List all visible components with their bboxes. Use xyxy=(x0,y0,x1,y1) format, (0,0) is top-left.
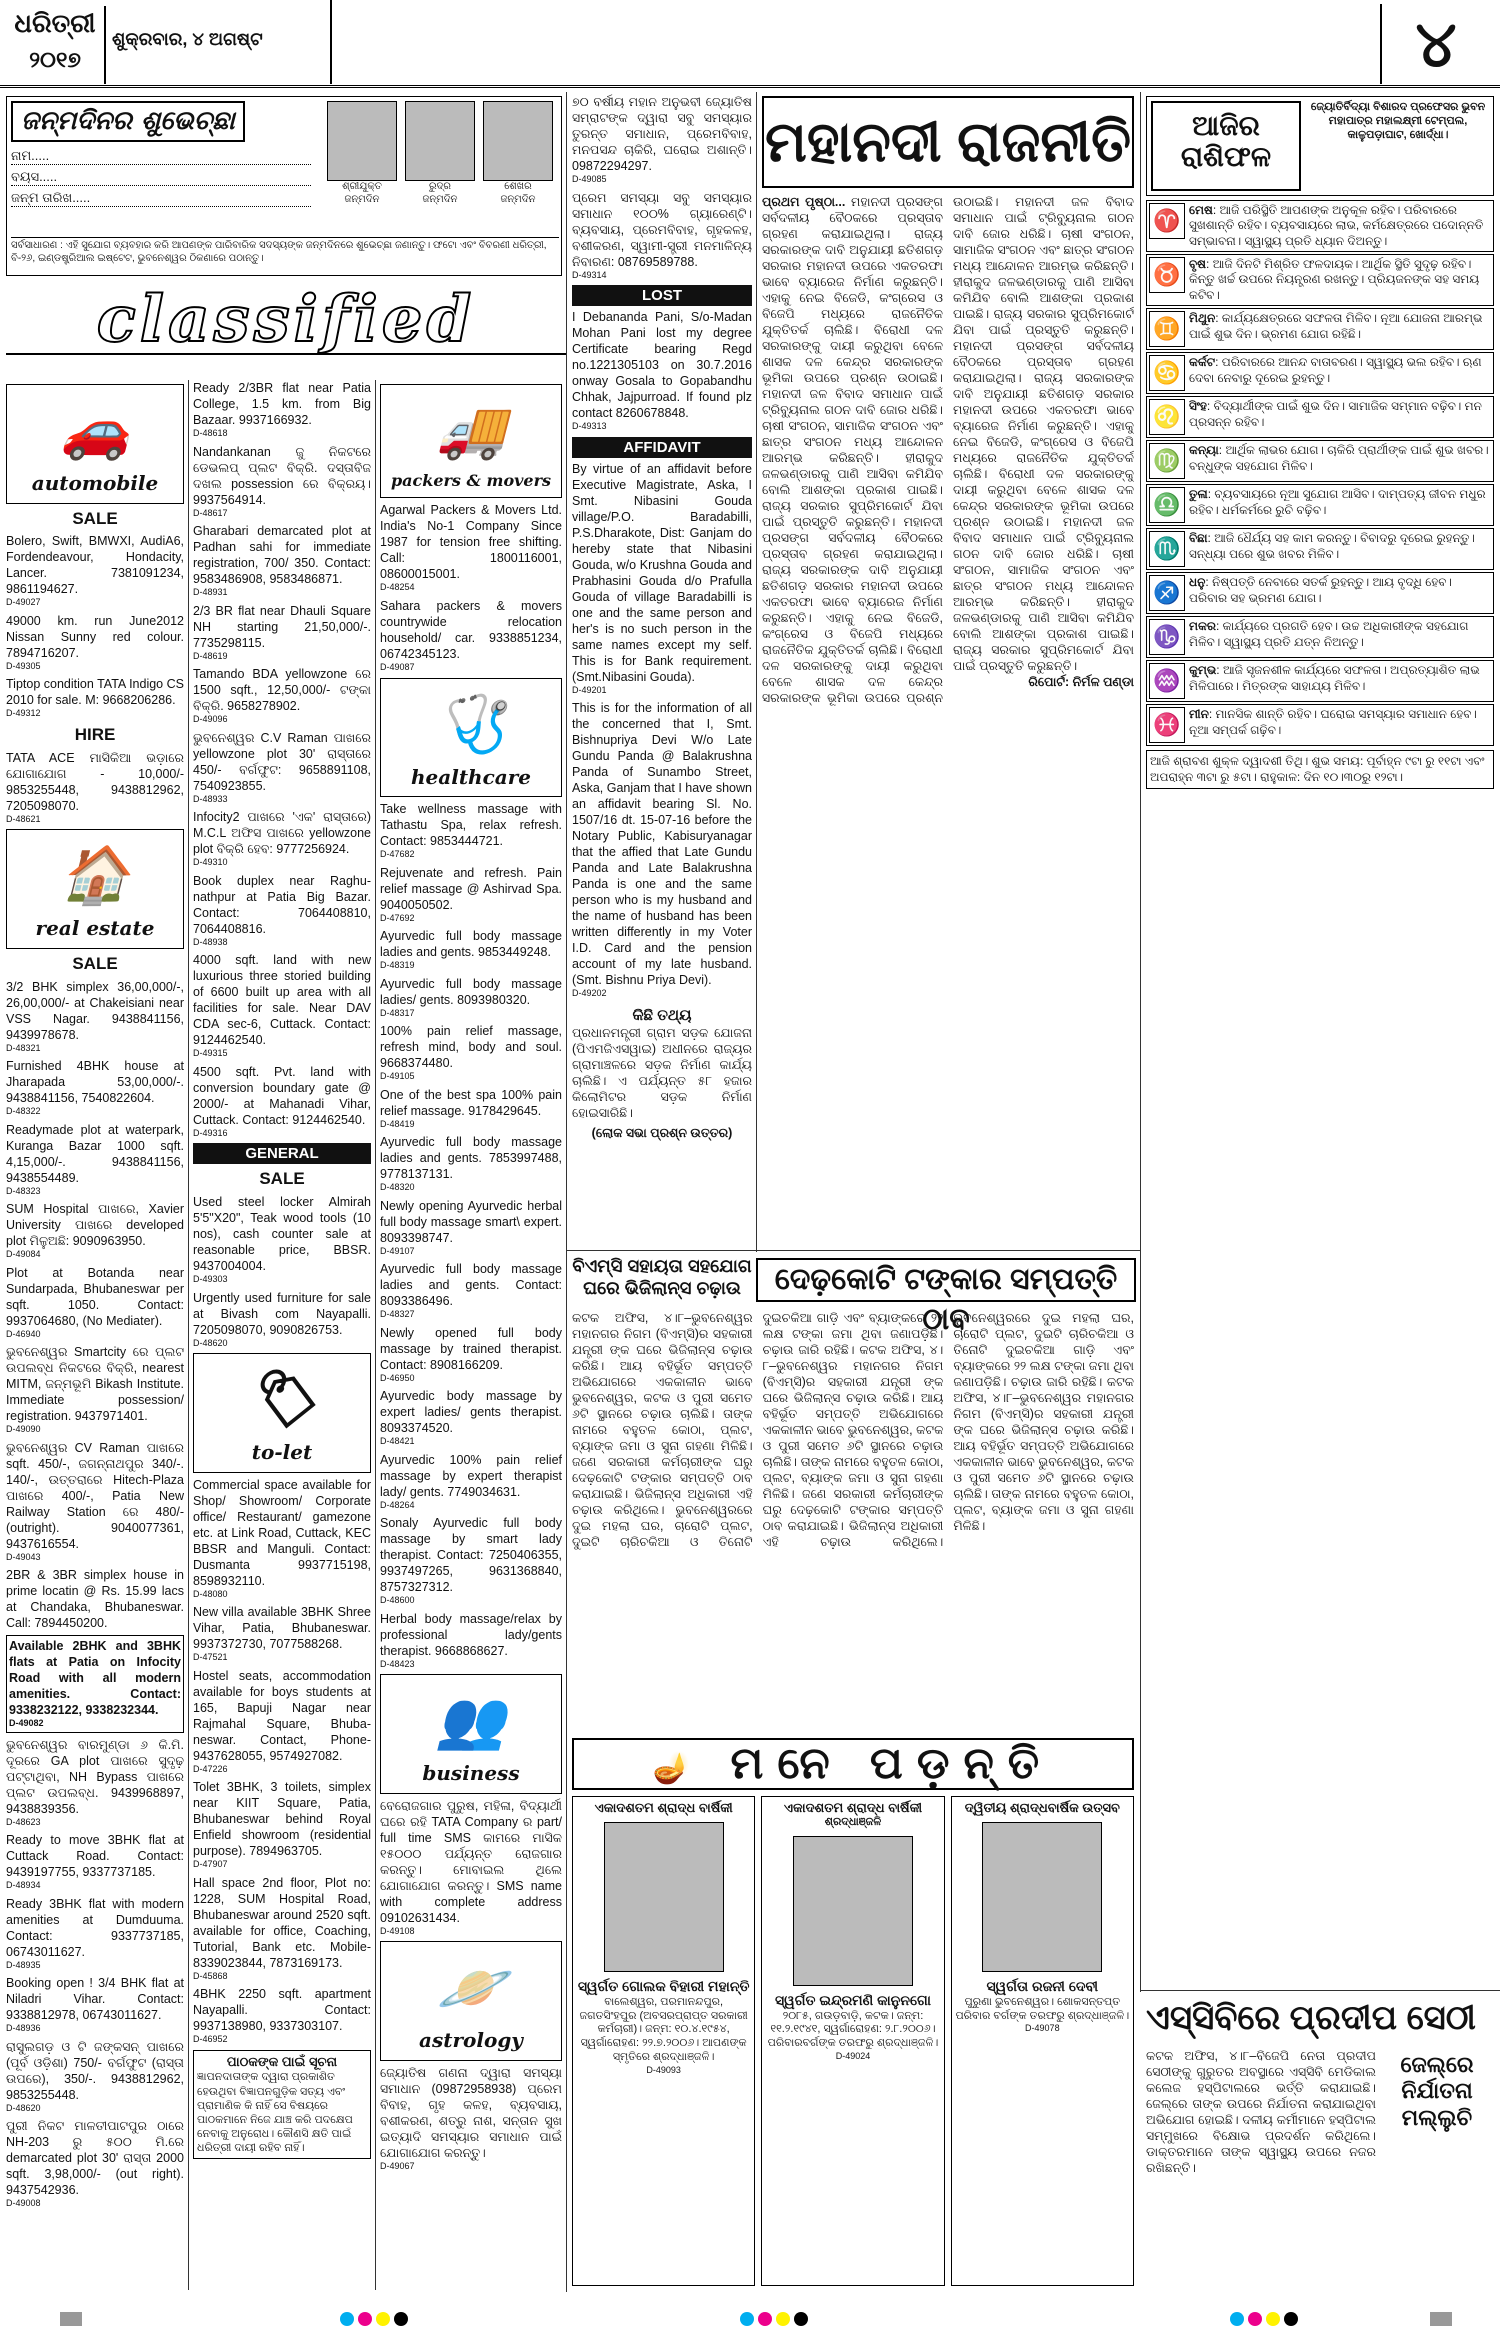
category-automobile: 🚗 automobile xyxy=(6,384,184,504)
obituary-detail: ବାଲେଶ୍ୱର, ପରମାନନ୍ଦପୁର, ଜଗତସିଂହପୁର (ଅବସରପ… xyxy=(576,1996,751,2065)
masthead: ଧରିତ୍ରୀ ୨୦୧୭ ଶୁକ୍ରବାର, ୪ ଅଗଷ୍ଟ ୪ xyxy=(0,0,1500,88)
classified-ad: ରାସୁଲଗଡ଼ ଓ ଟି ଜଙ୍କସନ୍ ପାଖରେ (ପୂର୍ବ ଓଡ଼ିଶ… xyxy=(6,2039,184,2115)
horoscope-header: ଆଜିର ରାଶିଫଳ ଜ୍ୟୋତିର୍ବିଦ୍ୟା ବିଶାରଦ ପ୍ରଫେସ… xyxy=(1146,96,1494,196)
gray-swatch xyxy=(60,2312,82,2326)
classified-ad: Commercial space available for Shop/ Sho… xyxy=(193,1477,371,1601)
classified-ad: One of the best spa 100% pain relief mas… xyxy=(380,1087,562,1131)
column-rule xyxy=(756,92,757,1252)
sign-text: ଆଜି ଦିନଟି ମିଶ୍ରିତ ଫଳଦାୟକ। ଆର୍ଥିକ ସ୍ଥିତି … xyxy=(1189,257,1479,302)
section-header-lost: LOST xyxy=(572,285,752,306)
classified-ad: Ayurvedic full body massage ladies/ gent… xyxy=(380,976,562,1020)
column-rule xyxy=(188,380,189,2290)
classified-ad: ଜ୍ୟୋତିଷ ଗଣନା ଦ୍ୱାରା ସମସ୍ୟା ସମାଧାନ (09872… xyxy=(380,2065,562,2173)
sign-name: କନ୍ୟା xyxy=(1189,443,1219,457)
category-packers-movers: 🚚 packers & movers xyxy=(380,384,562,498)
obituary-occasion: ଏକାଦଶତମ ଶ୍ରାଦ୍ଧ ବାର୍ଷିକୀ xyxy=(576,1800,751,1816)
classified-column-2: Ready 2/3BR flat near Patia College, 1.5… xyxy=(193,380,371,2290)
obituary-name: ସ୍ୱର୍ଗତ ଇନ୍ଦ୍ରମଣି କାନୁନଗୋ xyxy=(765,1992,940,2010)
category-real-estate: 🏠 real estate xyxy=(6,829,184,949)
astrologer-credit: ଜ୍ୟୋତିର୍ବିଦ୍ୟା ବିଶାରଦ ପ୍ରଫେସର ଭୁବନ ମହାପା… xyxy=(1307,101,1489,191)
crab-icon: ♋ xyxy=(1149,355,1185,391)
birthday-note: ସର୍ବସାଧାରଣ : ଏହି ସୁଯୋଗ ବ୍ୟବହାର କରି ଆପଣଙ୍… xyxy=(11,237,559,265)
obituary-card: ଦ୍ୱିତୀୟ ଶ୍ରାଦ୍ଧବାର୍ଷିକ ଉତ୍ସବ ସ୍ୱର୍ଗତା ରଜ… xyxy=(951,1796,1134,2286)
black-dot xyxy=(794,2312,808,2326)
ad-code: D-49093 xyxy=(576,2065,751,2076)
column-rule xyxy=(566,92,567,2292)
title-line: ରାଶିଫଳ xyxy=(1153,142,1299,173)
obituary-card: ଏକାଦଶତମ ଶ୍ରାଦ୍ଧ ବାର୍ଷିକୀ ସ୍ୱର୍ଗତ ଗୋଲକ ବି… xyxy=(572,1796,755,2286)
category-label: real estate xyxy=(9,916,181,942)
date-line: ଶୁକ୍ରବାର, ୪ ଅଗଷ୍ଟ xyxy=(112,28,263,51)
sign-text: ଆଜି ପରିସ୍ଥିତି ଆପଣଙ୍କ ଅନୁକୂଳ ରହିବ। ପରିବାର… xyxy=(1189,203,1483,248)
category-label: healthcare xyxy=(383,765,559,791)
yellow-dot xyxy=(376,2312,390,2326)
story3-headline: ଦେଢ଼କୋଟି ଟଙ୍କାର ସମ୍ପତ୍ତି ଠାବ xyxy=(756,1258,1136,1302)
category-label: automobile xyxy=(9,471,181,497)
classified-ad: Ayurvedic full body massage ladies and g… xyxy=(380,928,562,972)
classified-ad: Newly opening Ayurvedic herbal full body… xyxy=(380,1198,562,1258)
obituary-banner: 🪔 ମନେ ପଡ଼ନ୍ତି xyxy=(572,1738,1134,1790)
birthday-box: ଜନ୍ମଦିନର ଶୁଭେଚ୍ଛା ନାମ..... ବୟସ..... ଜନ୍ମ… xyxy=(6,96,562,276)
classified-ad: Hostel seats, accommodation available fo… xyxy=(193,1668,371,1776)
cmyk-marks xyxy=(340,2304,408,2334)
sign-name: ମୀନ xyxy=(1189,707,1209,721)
sign-name: କର୍କଟ xyxy=(1189,355,1215,369)
child-photo xyxy=(405,101,475,181)
lamp-icon: 🪔 xyxy=(653,1752,704,1785)
classified-ad: Infocity2 ପାଖରେ 'ଏକ' ରାସ୍ତାରେ) M.C.L ଅଫି… xyxy=(193,809,371,869)
sign-name: କୁମ୍ଭ xyxy=(1189,663,1216,677)
classified-ad: ପୁରୀ ନିକଟ ମାଳତୀପାଟପୁର ଠାରେ NH-203 ରୁ ୫୦୦… xyxy=(6,2118,184,2210)
horoscope-sign-sagittarius: ♐ଧନୁ: ନିଷ୍ପତ୍ତି ନେବାରେ ସତର୍କ ରୁହନ୍ତୁ। ଆୟ… xyxy=(1146,572,1494,614)
classified-ad: Tolet 3BHK, 3 toilets, simplex near KIIT… xyxy=(193,1779,371,1871)
story-text: ମହାନଦୀ ପ୍ରସଙ୍ଗ ସର୍ବଦଳୀୟ ବୈଠକରେ ପ୍ରସ୍ତାବ … xyxy=(762,195,943,529)
classified-ad: Ayurvedic full body massage ladies and g… xyxy=(380,1261,562,1321)
subhead-line: ନିର୍ଯାତନା xyxy=(1380,2078,1494,2104)
bull-icon: ♉ xyxy=(1149,257,1185,293)
affidavit-notice: This is for the information of all the c… xyxy=(572,700,752,1000)
obituary-detail: ୨୦୮୫, ଗଉଡ଼ବାଡ଼ି, କଟକ। ଜନ୍ମ: ୧୧.୨.୧୯୪୧, ସ… xyxy=(765,2010,940,2051)
classified-ad: Ready 2/3BR flat near Patia College, 1.5… xyxy=(193,380,371,440)
obituary-occasion: ଦ୍ୱିତୀୟ ଶ୍ରାଦ୍ଧବାର୍ଷିକ ଉତ୍ସବ xyxy=(955,1800,1130,1816)
column-rule xyxy=(1140,92,1141,1992)
classified-ad: 2/3 BR flat near Dhauli Square NH starti… xyxy=(193,603,371,663)
classified-ad: Ready 3BHK flat with modern amenities at… xyxy=(6,1896,184,1972)
black-dot xyxy=(1284,2312,1298,2326)
photo-caption: ରୁଦ୍ର xyxy=(405,181,475,194)
classified-ad: TATA ACE ମାସିକିଆ ଭଡ଼ାରେ ଯୋଗାଯୋଗ - 10,000… xyxy=(6,750,184,826)
age-field: ବୟସ..... xyxy=(11,169,311,186)
classified-ad: Agarwal Packers & Movers Ltd. India's No… xyxy=(380,502,562,594)
to-let-sign-icon: 🏷 xyxy=(196,1360,368,1440)
story4-body: କଟକ ଅଫିସ, ୪।୮–ବିଜେପି ନେତା ପ୍ରଦୀପ ସେଠୀଙ୍କ… xyxy=(1146,2048,1376,2288)
obituary-occasion: ଏକାଦଶତମ ଶ୍ରାଦ୍ଧ ବାର୍ଷିକୀ xyxy=(765,1800,940,1816)
photo-sub: ଜନ୍ମଦିନ xyxy=(327,194,397,207)
classified-ad: Take wellness massage with Tathastu Spa,… xyxy=(380,801,562,861)
stethoscope-icon: 🩺 xyxy=(383,685,559,765)
black-dot xyxy=(394,2312,408,2326)
photo-caption: ଶେଖର xyxy=(483,181,553,194)
sign-name: ବୃଷ xyxy=(1189,257,1206,271)
sign-name: ଧନୁ xyxy=(1189,575,1205,589)
reader-notice-text: ଜ୍ଞାପନଦାତାଙ୍କ ଦ୍ୱାରା ପ୍ରକାଶିତ ହେଉଥିବା ବି… xyxy=(197,2070,367,2154)
classified-ad: Ayurvedic full body massage ladies and g… xyxy=(380,1134,562,1194)
horoscope-sign-taurus: ♉ବୃଷ: ଆଜି ଦିନଟି ମିଶ୍ରିତ ଫଳଦାୟକ। ଆର୍ଥିକ ସ… xyxy=(1146,254,1494,306)
cyan-dot xyxy=(740,2312,754,2326)
horoscope-sign-pisces: ♓ମୀନ: ମାନସିକ ଶାନ୍ତି ରହିବ। ଘରୋଇ ସମସ୍ୟାର ସ… xyxy=(1146,704,1494,746)
horoscope-sign-libra: ♎ତୁଳା: ବ୍ୟବସାୟରେ ନୂଆ ସୁଯୋଗ ଆସିବ। ଦାମ୍ପତ୍… xyxy=(1146,484,1494,526)
story2-text-continued: କଟକ ଅଫିସ, ୪।୮–ଭୁବନେଶ୍ୱର ମହାନଗର ନିଗମ (ବିଏ… xyxy=(763,1343,944,1501)
subhead-line: ମଲ୍ଲୁଚି xyxy=(1380,2105,1494,2131)
sign-text: ଆର୍ଥିକ ଲାଭର ଯୋଗ। ଚାକିରି ପ୍ରାର୍ଥୀଙ୍କ ପାଇଁ… xyxy=(1189,443,1489,472)
section-header-sale: SALE xyxy=(6,508,184,530)
classified-ad: Sonaly Ayurvedic full body massage by sm… xyxy=(380,1515,562,1607)
planet-icon: 🪐 xyxy=(383,1948,559,2028)
classified-ad: 49000 km. run June2012 Nissan Sunny red … xyxy=(6,613,184,673)
classified-ad: 2BR & 3BR simplex house in prime locatin… xyxy=(6,1567,184,1631)
classified-ad: 100% pain relief massage, refresh mind, … xyxy=(380,1023,562,1083)
cyan-dot xyxy=(340,2312,354,2326)
story2-text: କଟକ ଅଫିସ, ୪।୮–ଭୁବନେଶ୍ୱର ମହାନଗର ନିଗମ (ବିଏ… xyxy=(572,1311,753,1453)
horoscope-sign-capricorn: ♑ମକର: କାର୍ଯ୍ୟରେ ପ୍ରଗତି ହେବ। ଉଚ୍ଚ ଅଧିକାରୀ… xyxy=(1146,616,1494,658)
obituary-name: ସ୍ୱର୍ଗତା ରଜନୀ ଦେବୀ xyxy=(955,1978,1130,1996)
classified-ad: Plot at Botanda near Sundarpada, Bhubane… xyxy=(6,1265,184,1341)
sign-text: ମାନସିକ ଶାନ୍ତି ରହିବ। ଘରୋଇ ସମସ୍ୟାର ସମାଧାନ … xyxy=(1189,707,1477,736)
masthead-divider xyxy=(330,0,332,84)
gray-swatch xyxy=(1430,2312,1452,2326)
birthday-form: ନାମ..... ବୟସ..... ଜନ୍ମ ତାରିଖ..... xyxy=(11,148,311,208)
classified-ad: 4BHK 2250 sqft. apartment Nayapalli. Con… xyxy=(193,1986,371,2046)
magenta-dot xyxy=(1248,2312,1262,2326)
column-rule xyxy=(375,380,376,2290)
story2-3-body: କଟକ ଅଫିସ, ୪।୮–ଭୁବନେଶ୍ୱର ମହାନଗର ନିଗମ (ବିଏ… xyxy=(572,1310,1134,1730)
main-story-body: ପ୍ରଥମ ପୃଷ୍ଠା... ମହାନଦୀ ପ୍ରସଙ୍ଗ ସର୍ବଦଳୀୟ … xyxy=(762,194,1134,1144)
horoscope-sign-aquarius: ♒କୁମ୍ଭ: ଆଜି ସୃଜନଶୀଳ କାର୍ଯ୍ୟରେ ସଫଳତା। ଅପ୍… xyxy=(1146,660,1494,702)
sign-name: ସିଂହ xyxy=(1189,399,1207,413)
banner-text: ମନେ ପଡ଼ନ୍ତି xyxy=(730,1739,1053,1788)
sign-text: କାର୍ଯ୍ୟରେ ପ୍ରଗତି ହେବ। ଉଚ୍ଚ ଅଧିକାରୀଙ୍କ ସହ… xyxy=(1189,619,1469,648)
lost-notice: I Debananda Pani, S/o-Madan Mohan Pani l… xyxy=(572,309,752,433)
ad-code: D-49078 xyxy=(955,2023,1130,2034)
category-label: packers & movers xyxy=(383,471,559,491)
category-label: to-let xyxy=(196,1440,368,1466)
classified-ad: ଭୁବନେଶ୍ୱର Smartcity ରେ ପ୍ଲଟ ଉପଲବ୍ଧ ନିକଟର… xyxy=(6,1344,184,1436)
main-headline: ମହାନଦୀ ରାଜନୀତି xyxy=(762,96,1134,188)
scorpion-icon: ♏ xyxy=(1149,531,1185,567)
classified-ad: Bolero, Swift, BMWXI, AudiA6, Fordendeav… xyxy=(6,533,184,609)
category-astrology: 🪐 astrology xyxy=(380,1941,562,2061)
boxed-classified-ad: Available 2BHK and 3BHK flats at Patia o… xyxy=(6,1635,184,1733)
yellow-dot xyxy=(776,2312,790,2326)
category-to-let: 🏷 to-let xyxy=(193,1353,371,1473)
fact-box-text: ପ୍ରଧାନମନ୍ତ୍ରୀ ଗ୍ରାମ ସଡ଼କ ଯୋଜନା (ପିଏମଜିଏସ… xyxy=(572,1025,752,1121)
twins-icon: ♊ xyxy=(1149,311,1185,347)
name-field: ନାମ..... xyxy=(11,148,311,165)
newspaper-logo: ଧରିତ୍ରୀ ୨୦୧୭ xyxy=(6,6,106,84)
car-icon: 🚗 xyxy=(9,391,181,471)
story2-text-continued: କଟକ ଅଫିସ, ୪।୮–ଭୁବନେଶ୍ୱର ମହାନଗର ନିଗମ (ବିଏ… xyxy=(953,1375,1134,1533)
photo-card: ଶ୍ରୀଯୁକ୍ତ ଜନ୍ମଦିନ xyxy=(327,101,397,206)
reader-notice: ପାଠକଙ୍କ ପାଇଁ ସୂଚନା ଜ୍ଞାପନଦାତାଙ୍କ ଦ୍ୱାରା … xyxy=(193,2050,371,2159)
section-header-affidavit: AFFIDAVIT xyxy=(572,437,752,458)
photo-caption: ଶ୍ରୀଯୁକ୍ତ xyxy=(327,181,397,194)
fact-source: (ଲୋକ ସଭା ପ୍ରଶ୍ନ ଉତ୍ତର) xyxy=(572,1125,752,1141)
classified-ad: 4500 sqft. Pvt. land with conversion bou… xyxy=(193,1064,371,1140)
headline-line: ବିଏମ୍‌ସି ସହାୟତା ସହଯୋଗ xyxy=(572,1256,752,1278)
horoscope-footer: ଆଜି ଶ୍ରାବଣ ଶୁକ୍ଳ ଦ୍ୱାଦଶୀ ତିଥି। ଶୁଭ ସମୟ: … xyxy=(1146,750,1494,789)
horoscope-sign-gemini: ♊ମିଥୁନ: କାର୍ଯ୍ୟକ୍ଷେତ୍ରରେ ସଫଳତା ମିଳିବ। ନୂ… xyxy=(1146,308,1494,350)
story4-headline: ଏସ୍‌ସିବିରେ ପ୍ରଦୀପ ସେଠୀ xyxy=(1146,1996,1494,2040)
classified-ad: Urgently used furniture for sale at Biva… xyxy=(193,1290,371,1350)
photo-card: ରୁଦ୍ର ଜନ୍ମଦିନ xyxy=(405,101,475,206)
section-header-general: GENERAL xyxy=(193,1143,371,1164)
story4-subhead: ଜେଲ୍‌ରେ ନିର୍ଯାତନା ମଲ୍ଲୁଚି xyxy=(1380,2052,1494,2131)
classified-ad: Tamando BDA yellowzone ରେ 1500 sqft., 12… xyxy=(193,666,371,726)
reader-notice-title: ପାଠକଙ୍କ ପାଇଁ ସୂଚନା xyxy=(197,2054,367,2071)
headline-text: ମହାନଦୀ ରାଜନୀତି xyxy=(764,98,1132,186)
classified-ad: Ready to move 3BHK flat at Cuttack Road.… xyxy=(6,1832,184,1892)
page-number: ୪ xyxy=(1380,4,1490,84)
section-rule xyxy=(566,1250,1140,1251)
classified-column-3: 🚚 packers & movers Agarwal Packers & Mov… xyxy=(380,380,562,2290)
maiden-icon: ♍ xyxy=(1149,443,1185,479)
sign-name: ବିଛା xyxy=(1189,531,1208,545)
sign-text: କାର୍ଯ୍ୟକ୍ଷେତ୍ରରେ ସଫଳତା ମିଳିବ। ନୂଆ ଯୋଜନା … xyxy=(1189,311,1482,340)
sign-text: ଆଜି ସୃଜନଶୀଳ କାର୍ଯ୍ୟରେ ସଫଳତା। ଅପ୍ରତ୍ୟାଶିତ… xyxy=(1189,663,1480,692)
horoscope-sign-virgo: ♍କନ୍ୟା: ଆର୍ଥିକ ଲାଭର ଯୋଗ। ଚାକିରି ପ୍ରାର୍ଥୀ… xyxy=(1146,440,1494,482)
print-registration-marks xyxy=(1430,2304,1452,2334)
classified-ad: Sahara packers & movers countrywide relo… xyxy=(380,598,562,674)
classified-ad: ଭୁବନେଶ୍ୱର CV Raman ପାଖରେ sqft. 450/-, ଜଗ… xyxy=(6,1440,184,1564)
subhead-line: ଜେଲ୍‌ରେ xyxy=(1380,2052,1494,2078)
classified-ad: SUM Hospital ପାଖରେ, Xavier University ପା… xyxy=(6,1201,184,1261)
deceased-photo xyxy=(982,1822,1102,1972)
classified-ad: Furnished 4BHK house at Jharapada 53,00,… xyxy=(6,1058,184,1118)
classified-ad: Book duplex near Raghu-nathpur at Patia … xyxy=(193,873,371,949)
obituary-name: ସ୍ୱର୍ଗତ ଗୋଲକ ବିହାରୀ ମହାନ୍ତି xyxy=(576,1978,751,1996)
classified-ad: ବେରୋଜଗାର ପୁରୁଷ, ମହିଳା, ବିଦ୍ୟାର୍ଥୀ ଘରେ ରହ… xyxy=(380,1798,562,1938)
horoscope-sign-leo: ♌ସିଂହ: ବିଦ୍ୟାର୍ଥୀଙ୍କ ପାଇଁ ଶୁଭ ଦିନ। ସାମାଜ… xyxy=(1146,396,1494,438)
story-kicker: ପ୍ରଥମ ପୃଷ୍ଠା... xyxy=(762,195,845,209)
sign-name: ମିଥୁନ xyxy=(1189,311,1215,325)
archer-icon: ♐ xyxy=(1149,575,1185,611)
photo-sub: ଜନ୍ମଦିନ xyxy=(483,194,553,207)
classified-banner: classified xyxy=(6,285,566,355)
magenta-dot xyxy=(758,2312,772,2326)
logo-year: ୨୦୧୭ xyxy=(6,42,104,78)
sign-text: ପରିବାରରେ ଆନନ୍ଦ ବାତାବରଣ। ସ୍ୱାସ୍ଥ୍ୟ ଭଲ ରହି… xyxy=(1189,355,1482,384)
category-healthcare: 🩺 healthcare xyxy=(380,678,562,798)
section-rule xyxy=(1140,1990,1500,1991)
horoscope-title: ଆଜିର ରାଶିଫଳ xyxy=(1151,101,1301,191)
classified-ad: Nandankanan ଜୁ ନିକଟରେ ଡେଭଲପ୍ ପ୍ଲଟ ବିକ୍ରି… xyxy=(193,444,371,520)
classified-ad: ୭୦ ବର୍ଷୀୟ ମହାନ ଅନୁଭବୀ ଜ୍ୟୋତିଷ ସମ୍ରାଟଙ୍କ … xyxy=(572,94,752,186)
classified-ad: Booking open ! 3/4 BHK flat at Niladri V… xyxy=(6,1975,184,2035)
classified-ad: Newly opened full body massage by traine… xyxy=(380,1325,562,1385)
affidavit-notice: By virtue of an affidavit before Executi… xyxy=(572,461,752,697)
classified-ad: Tiptop condition TATA Indigo CS 2010 for… xyxy=(6,676,184,720)
print-registration-marks xyxy=(60,2304,82,2334)
byline: ରିପୋର୍ଟ: ନିର୍ମଳ ପଣ୍ଡା xyxy=(953,674,1134,690)
headline-line: ଘରେ ଭିଜିଲାନ୍ସ ଚଢ଼ାଉ xyxy=(572,1278,752,1300)
classified-ad: Readymade plot at waterpark, Kuranga Baz… xyxy=(6,1122,184,1198)
fact-box-title: କିଛି ତଥ୍ୟ xyxy=(572,1006,752,1025)
businessmen-icon: 👥 xyxy=(383,1681,559,1761)
water-bearer-icon: ♒ xyxy=(1149,663,1185,699)
classified-ad: New villa available 3BHK Shree Vihar, Pa… xyxy=(193,1604,371,1664)
classified-ad: 3/2 BHK simplex 36,00,000/-, 26,00,000/-… xyxy=(6,979,184,1055)
photo-sub: ଜନ୍ମଦିନ xyxy=(405,194,475,207)
sign-name: ମକର xyxy=(1189,619,1216,633)
horoscope-sign-cancer: ♋କର୍କଟ: ପରିବାରରେ ଆନନ୍ଦ ବାତାବରଣ। ସ୍ୱାସ୍ଥ୍… xyxy=(1146,352,1494,394)
classified-ad: Gharabari demarcated plot at Padhan sahi… xyxy=(193,523,371,599)
section-header-sale: SALE xyxy=(193,1168,371,1190)
sign-text: ନିଷ୍ପତ୍ତି ନେବାରେ ସତର୍କ ରୁହନ୍ତୁ। ଆୟ ବୃଦ୍ଧ… xyxy=(1189,575,1452,604)
cyan-dot xyxy=(1230,2312,1244,2326)
truck-icon: 🚚 xyxy=(383,391,559,471)
scales-icon: ♎ xyxy=(1149,487,1185,523)
birthday-title: ଜନ୍ମଦିନର ଶୁଭେଚ୍ଛା xyxy=(11,101,245,142)
ram-icon: ♈ xyxy=(1149,203,1185,239)
story-text-continued: ମହାନଦୀ ପ୍ରସଙ୍ଗ ସର୍ବଦଳୀୟ ବୈଠକରେ ପ୍ରସ୍ତାବ … xyxy=(953,339,1134,673)
yellow-dot xyxy=(1266,2312,1280,2326)
cmyk-marks xyxy=(740,2304,808,2334)
title-line: ଆଜିର xyxy=(1153,111,1299,142)
notices-column: ୭୦ ବର୍ଷୀୟ ମହାନ ଅନୁଭବୀ ଜ୍ୟୋତିଷ ସମ୍ରାଟଙ୍କ … xyxy=(572,94,752,1244)
story2-headline: ବିଏମ୍‌ସି ସହାୟତା ସହଯୋଗ ଘରେ ଭିଜିଲାନ୍ସ ଚଢ଼ା… xyxy=(572,1256,752,1299)
classified-column-1: 🚗 automobile SALE Bolero, Swift, BMWXI, … xyxy=(6,380,184,2290)
category-label: business xyxy=(383,1761,559,1787)
magenta-dot xyxy=(358,2312,372,2326)
sign-text: ବିଦ୍ୟାର୍ଥୀଙ୍କ ପାଇଁ ଶୁଭ ଦିନ। ସାମାଜିକ ସମ୍ମ… xyxy=(1189,399,1482,428)
horoscope-sign-scorpio: ♏ବିଛା: ଆଜି ଧୈର୍ଯ୍ୟ ସହ କାମ କରନ୍ତୁ। ବିବାଦର… xyxy=(1146,528,1494,570)
horoscope-list: ♈ମେଷ: ଆଜି ପରିସ୍ଥିତି ଆପଣଙ୍କ ଅନୁକୂଳ ରହିବ। … xyxy=(1146,200,1494,1500)
sign-text: ଆଜି ଧୈର୍ଯ୍ୟ ସହ କାମ କରନ୍ତୁ। ବିବାଦରୁ ଦୂରେଇ… xyxy=(1189,531,1475,560)
classified-ad: ଭୁବନେଶ୍ୱର C.V Raman ପାଖରେ yellowzone plo… xyxy=(193,730,371,806)
birthdate-field: ଜନ୍ମ ତାରିଖ..... xyxy=(11,190,311,207)
classified-ad: ପ୍ରେମ ସମସ୍ୟା ସବୁ ସମସ୍ୟାର ସମାଧାନ ୧୦୦% ଗ୍ୟ… xyxy=(572,190,752,282)
house-icon: 🏠 xyxy=(9,836,181,916)
classified-ad: Herbal body massage/relax by professiona… xyxy=(380,1611,562,1671)
child-photo xyxy=(327,101,397,181)
cmyk-marks xyxy=(1230,2304,1298,2334)
photo-card: ଶେଖର ଜନ୍ମଦିନ xyxy=(483,101,553,206)
goat-icon: ♑ xyxy=(1149,619,1185,655)
sign-name: ମେଷ xyxy=(1189,203,1213,217)
fish-icon: ♓ xyxy=(1149,707,1185,743)
obituary-section: ଏକାଦଶତମ ଶ୍ରାଦ୍ଧ ବାର୍ଷିକୀ ସ୍ୱର୍ଗତ ଗୋଲକ ବି… xyxy=(572,1796,1134,2286)
obituary-detail: ପୁରୁଣା ଭୁବନେଶ୍ୱର। ଶୋକସନ୍ତପ୍ତ ପରିବାର ବର୍ଗ… xyxy=(955,1996,1130,2024)
classified-ad: ଭୁବନେଶ୍ୱର ବାରମୁଣ୍ଡା ୬ କି.ମି. ଦୂରରେ GA pl… xyxy=(6,1737,184,1829)
ad-code: D-49024 xyxy=(765,2051,940,2062)
horoscope-sign-aries: ♈ମେଷ: ଆଜି ପରିସ୍ଥିତି ଆପଣଙ୍କ ଅନୁକୂଳ ରହିବ। … xyxy=(1146,200,1494,252)
obituary-card: ଏକାଦଶତମ ଶ୍ରାଦ୍ଧ ବାର୍ଷିକୀ ଶ୍ରଦ୍ଧାଞ୍ଜଳି ସ୍… xyxy=(761,1796,944,2286)
category-label: astrology xyxy=(383,2028,559,2054)
lion-icon: ♌ xyxy=(1149,399,1185,435)
logo-name: ଧରିତ୍ରୀ xyxy=(6,6,104,42)
sign-text: ବ୍ୟବସାୟରେ ନୂଆ ସୁଯୋଗ ଆସିବ। ଦାମ୍ପତ୍ୟ ଜୀବନ … xyxy=(1189,487,1486,516)
deceased-photo xyxy=(793,1836,913,1986)
section-header-hire: HIRE xyxy=(6,724,184,746)
birthday-photos: ଶ୍ରୀଯୁକ୍ତ ଜନ୍ମଦିନ ରୁଦ୍ର ଜନ୍ମଦିନ ଶେଖର ଜନ୍… xyxy=(327,101,553,206)
category-business: 👥 business xyxy=(380,1674,562,1794)
classified-ad: Hall space 2nd floor, Plot no: 1228, SUM… xyxy=(193,1875,371,1983)
obituary-subtitle: ଶ୍ରଦ୍ଧାଞ୍ଜଳି xyxy=(765,1816,940,1830)
classified-ad: Ayurvedic body massage by expert ladies/… xyxy=(380,1388,562,1448)
person-photo xyxy=(483,101,553,181)
classified-ad: Used steel locker Almirah 5'5"X20", Teak… xyxy=(193,1194,371,1286)
sign-name: ତୁଳା xyxy=(1189,487,1208,501)
classified-ad: Ayurvedic 100% pain relief massage by ex… xyxy=(380,1452,562,1512)
classified-ad: Rejuvenate and refresh. Pain relief mass… xyxy=(380,865,562,925)
section-header-sale: SALE xyxy=(6,953,184,975)
classified-ad: 4000 sqft. land with new luxurious three… xyxy=(193,952,371,1060)
deceased-photo xyxy=(604,1822,724,1972)
